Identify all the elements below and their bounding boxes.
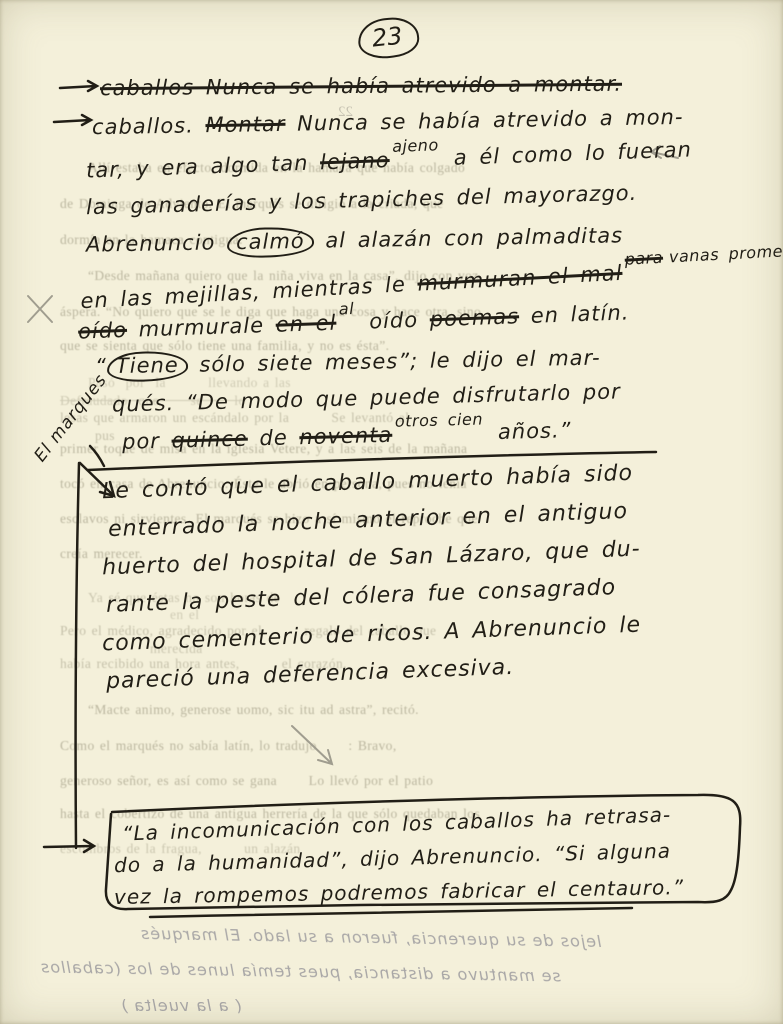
struck-text: Montar [205,112,285,137]
text: oído [357,307,430,334]
circled-text: calmó [227,227,314,259]
inserted-text: otros cien [395,409,484,430]
text: Abrenuncio [86,230,227,256]
faint-diagonal-arrow-icon [292,726,332,764]
margin-note-connector [90,446,104,466]
inserted-text: al [339,299,355,319]
margin-x-mark-icon [28,296,52,322]
revision-arrow-icon [60,81,97,91]
text: “ [95,354,107,378]
arrow-into-quote-box-icon [44,840,94,852]
struck-text: poemas [429,304,519,331]
inserted-struck-text: para [624,248,663,269]
struck-text: quince [171,427,248,453]
text: de [247,425,299,450]
text: caballos. [92,113,194,139]
quote-box-bottom-stroke [150,908,632,917]
text: en latín. [519,300,630,328]
text: años.” [486,418,572,444]
struck-text: caballos Nunca se había atrevido a monta… [100,72,622,101]
handwritten-line: caballos Nunca se había atrevido a monta… [100,72,622,101]
circled-text: Tiene [107,351,188,382]
text: por [122,429,172,454]
struck-text: noventa [299,423,393,449]
revision-arrow-icon [54,115,91,125]
struck-text: lejano [320,148,390,174]
struck-text: oído [78,318,128,344]
struck-text: en el [275,311,336,337]
manuscript-page: Allí estaba en efecto, dormida en la ham… [0,0,783,1024]
inserted-text: ajeno [392,135,439,156]
big-box-left-border [76,463,79,848]
text: sólo siete meses”; le dijo el mar- [188,346,601,377]
text: al alazán con palmaditas [313,223,623,252]
